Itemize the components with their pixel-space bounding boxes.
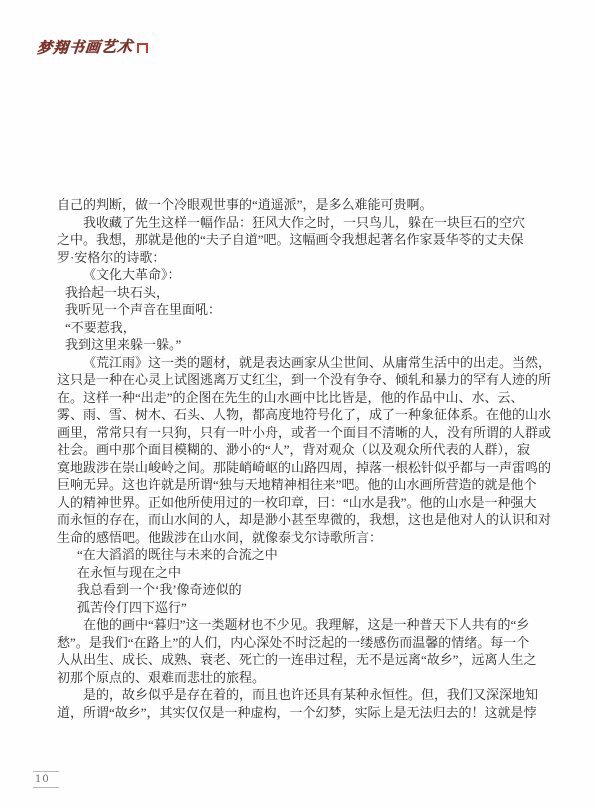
text-line: 初那个原点的、艰难而悲壮的旅程。	[57, 669, 539, 687]
book-page: 梦翔书画艺术 自己的判断，做一个冷眼观世事的“逍遥派”，是多么难能可贵啊。我收藏…	[0, 0, 595, 808]
text-line: “在大滔滔的既往与未来的合流之中	[77, 546, 539, 564]
red-seal-icon	[137, 43, 148, 53]
text-line: 雾、雨、雪、树木、石头、人物，都高度地符号化了，成了一种象征体系。在他的山水	[57, 406, 539, 424]
text-line: 我到这里来躲一躲。”	[65, 336, 539, 354]
text-line: 之中。我想，那就是他的“夫子自道”吧。这幅画令我想起著名作家聂华苓的丈夫保	[57, 231, 539, 249]
text-line: 在。这样一种“出走”的企图在先生的山水画中比比皆是，他的作品中山、水、云、	[57, 389, 539, 407]
body-text: 自己的判断，做一个冷眼观世事的“逍遥派”，是多么难能可贵啊。我收藏了先生这样一幅…	[57, 196, 539, 721]
text-line: 寞地跋涉在崇山峻岭之间。那陡峭崎岖的山路四周，掉落一根松针似乎都与一声雷鸣的	[57, 459, 539, 477]
text-line: 人的精神世界。正如他所使用过的一枚印章，曰：“山水是我”。他的山水是一种强大	[57, 494, 539, 512]
text-line: 巨响无异。这也许就是所谓“独与天地精神相往来”吧。他的山水画所营造的就是他个	[57, 476, 539, 494]
text-line: 而永恒的存在，而山水间的人，却是渺小甚至卑微的，我想，这也是他对人的认识和对	[57, 511, 539, 529]
text-line: 生命的感悟吧。他跋涉在山水间，就像泰戈尔诗歌所言：	[57, 529, 539, 547]
text-line: 孤苦伶仃四下巡行”	[77, 599, 539, 617]
text-line: 我收藏了先生这样一幅作品：狂风大作之时，一只鸟儿，躲在一块巨石的空穴	[83, 214, 539, 232]
text-line: 我总看到一个‘我’像奇迹似的	[77, 581, 539, 599]
text-line: 罗·安格尔的诗歌：	[57, 249, 539, 267]
text-line: 《荒江雨》这一类的题材，就是表达画家从尘世间、从庸常生活中的出走。当然，	[83, 354, 539, 372]
text-line: 人从出生、成长、成熟、衰老、死亡的一连串过程，无不是远离“故乡”，远离人生之	[57, 651, 539, 669]
text-line: “不要惹我，	[65, 319, 539, 337]
text-line: 《文化大革命》：	[83, 266, 539, 284]
calligraphy-logo: 梦翔书画艺术	[37, 38, 148, 56]
page-number: 10	[33, 774, 59, 785]
text-line: 我听见一个声音在里面吼：	[65, 301, 539, 319]
text-line: 是的，故乡似乎是存在着的，而且也许还具有某种永恒性。但，我们又深深地知	[83, 686, 539, 704]
text-line: 道，所谓“故乡”，其实仅仅是一种虚构，一个幻梦，实际上是无法归去的！这就是悖	[57, 704, 539, 722]
text-line: 在他的画中“暮归”这一类题材也不少见。我理解，这是一种普天下人共有的“乡	[83, 616, 539, 634]
text-line: 这只是一种在心灵上试图逃离万丈红尘，到一个没有争夺、倾轧和暴力的罕有人迹的所	[57, 371, 539, 389]
calligraphy-logo-text: 梦翔书画艺术	[36, 37, 134, 57]
text-line: 自己的判断，做一个冷眼观世事的“逍遥派”，是多么难能可贵啊。	[57, 196, 539, 214]
text-line: 画里，常常只有一只狗，只有一叶小舟，或者一个面目不清晰的人，没有所谓的人群或	[57, 424, 539, 442]
page-number-block: 10	[33, 771, 59, 788]
text-line: 愁”。是我们“在路上”的人们，内心深处不时泛起的一缕感伤而温馨的情绪。每一个	[57, 634, 539, 652]
text-line: 社会。画中那个面目模糊的、渺小的“人”，背对观众（以及观众所代表的人群），寂	[57, 441, 539, 459]
text-line: 我拾起一块石头，	[65, 284, 539, 302]
text-line: 在永恒与现在之中	[77, 564, 539, 582]
